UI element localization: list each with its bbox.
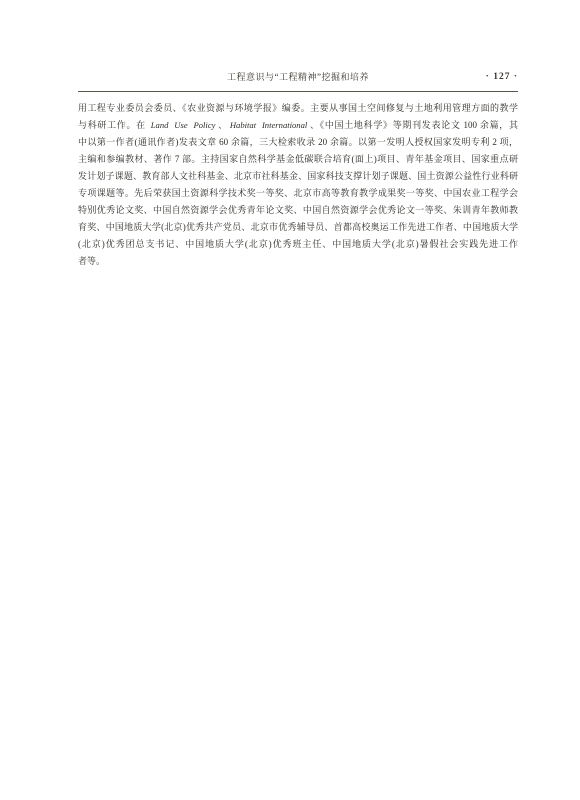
text-segment: 与科研工作。在	[78, 120, 149, 130]
header-rule	[78, 91, 518, 92]
text-line: 发计划子课题、教育部人文社科基金、北京市社科基金、国家科技支撑计划子课题、国土资…	[78, 168, 518, 185]
text-line: 用工程专业委员会委员、《农业资源与环境学报》编委。主要从事国土空间修复与土地利用…	[78, 100, 518, 117]
text-segment: 特别优秀论文奖、中国自然资源学会优秀青年论文奖、中国自然资源学会优秀论文一等奖、…	[78, 205, 518, 215]
text-segment: (北京)优秀团总支书记、中国地质大学(北京)优秀班主任、中国地质大学(北京)暑假…	[78, 239, 518, 249]
text-segment: 中以第一作者(通讯作者)发表文章 60 余篇，三大检索收录 20 余篇。以第一发…	[78, 137, 518, 147]
text-line: 专项课题等。先后荣获国土资源科学技术奖一等奖、北京市高等教育教学成果奖一等奖、中…	[78, 185, 518, 202]
text-line: 与科研工作。在 Land Use Policy、Habitat Internat…	[78, 117, 518, 134]
running-header-title: 工程意识与“工程精神”挖掘和培养	[78, 71, 518, 84]
text-line: 中以第一作者(通讯作者)发表文章 60 余篇，三大检索收录 20 余篇。以第一发…	[78, 134, 518, 151]
journal-name-italic: Land Use Policy	[149, 120, 218, 130]
text-segment: 者等。	[78, 256, 105, 266]
book-page: 工程意识与“工程精神”挖掘和培养 · 127 · 用工程专业委员会委员、《农业资…	[0, 0, 580, 800]
text-line: 育奖、中国地质大学(北京)优秀共产党员、北京市优秀辅导员、首都高校奥运工作先进工…	[78, 219, 518, 236]
text-segment: 专项课题等。先后荣获国土资源科学技术奖一等奖、北京市高等教育教学成果奖一等奖、中…	[78, 188, 518, 198]
text-segment: 、《中国土地科学》等期刊发表论文 100 余篇，其	[309, 120, 518, 130]
page-number: · 127 ·	[486, 71, 518, 84]
text-line: (北京)优秀团总支书记、中国地质大学(北京)优秀班主任、中国地质大学(北京)暑假…	[78, 236, 518, 253]
page-header: 工程意识与“工程精神”挖掘和培养 · 127 ·	[78, 71, 518, 84]
page-content: 工程意识与“工程精神”挖掘和培养 · 127 · 用工程专业委员会委员、《农业资…	[78, 0, 518, 270]
text-segment: 发计划子课题、教育部人文社科基金、北京市社科基金、国家科技支撑计划子课题、国土资…	[78, 171, 518, 181]
text-line: 者等。	[78, 253, 518, 270]
text-segment: 育奖、中国地质大学(北京)优秀共产党员、北京市优秀辅导员、首都高校奥运工作先进工…	[78, 222, 518, 232]
text-line: 主编和参编教材、著作 7 部。主持国家自然科学基金低碳联合培育(面上)项目、青年…	[78, 151, 518, 168]
text-segment: 主编和参编教材、著作 7 部。主持国家自然科学基金低碳联合培育(面上)项目、青年…	[78, 154, 518, 164]
journal-name-italic: Habitat International	[228, 120, 309, 130]
text-line: 特别优秀论文奖、中国自然资源学会优秀青年论文奖、中国自然资源学会优秀论文一等奖、…	[78, 202, 518, 219]
body-text: 用工程专业委员会委员、《农业资源与环境学报》编委。主要从事国土空间修复与土地利用…	[78, 100, 518, 270]
text-segment: 、	[217, 120, 227, 130]
text-segment: 用工程专业委员会委员、《农业资源与环境学报》编委。主要从事国土空间修复与土地利用…	[78, 103, 518, 113]
